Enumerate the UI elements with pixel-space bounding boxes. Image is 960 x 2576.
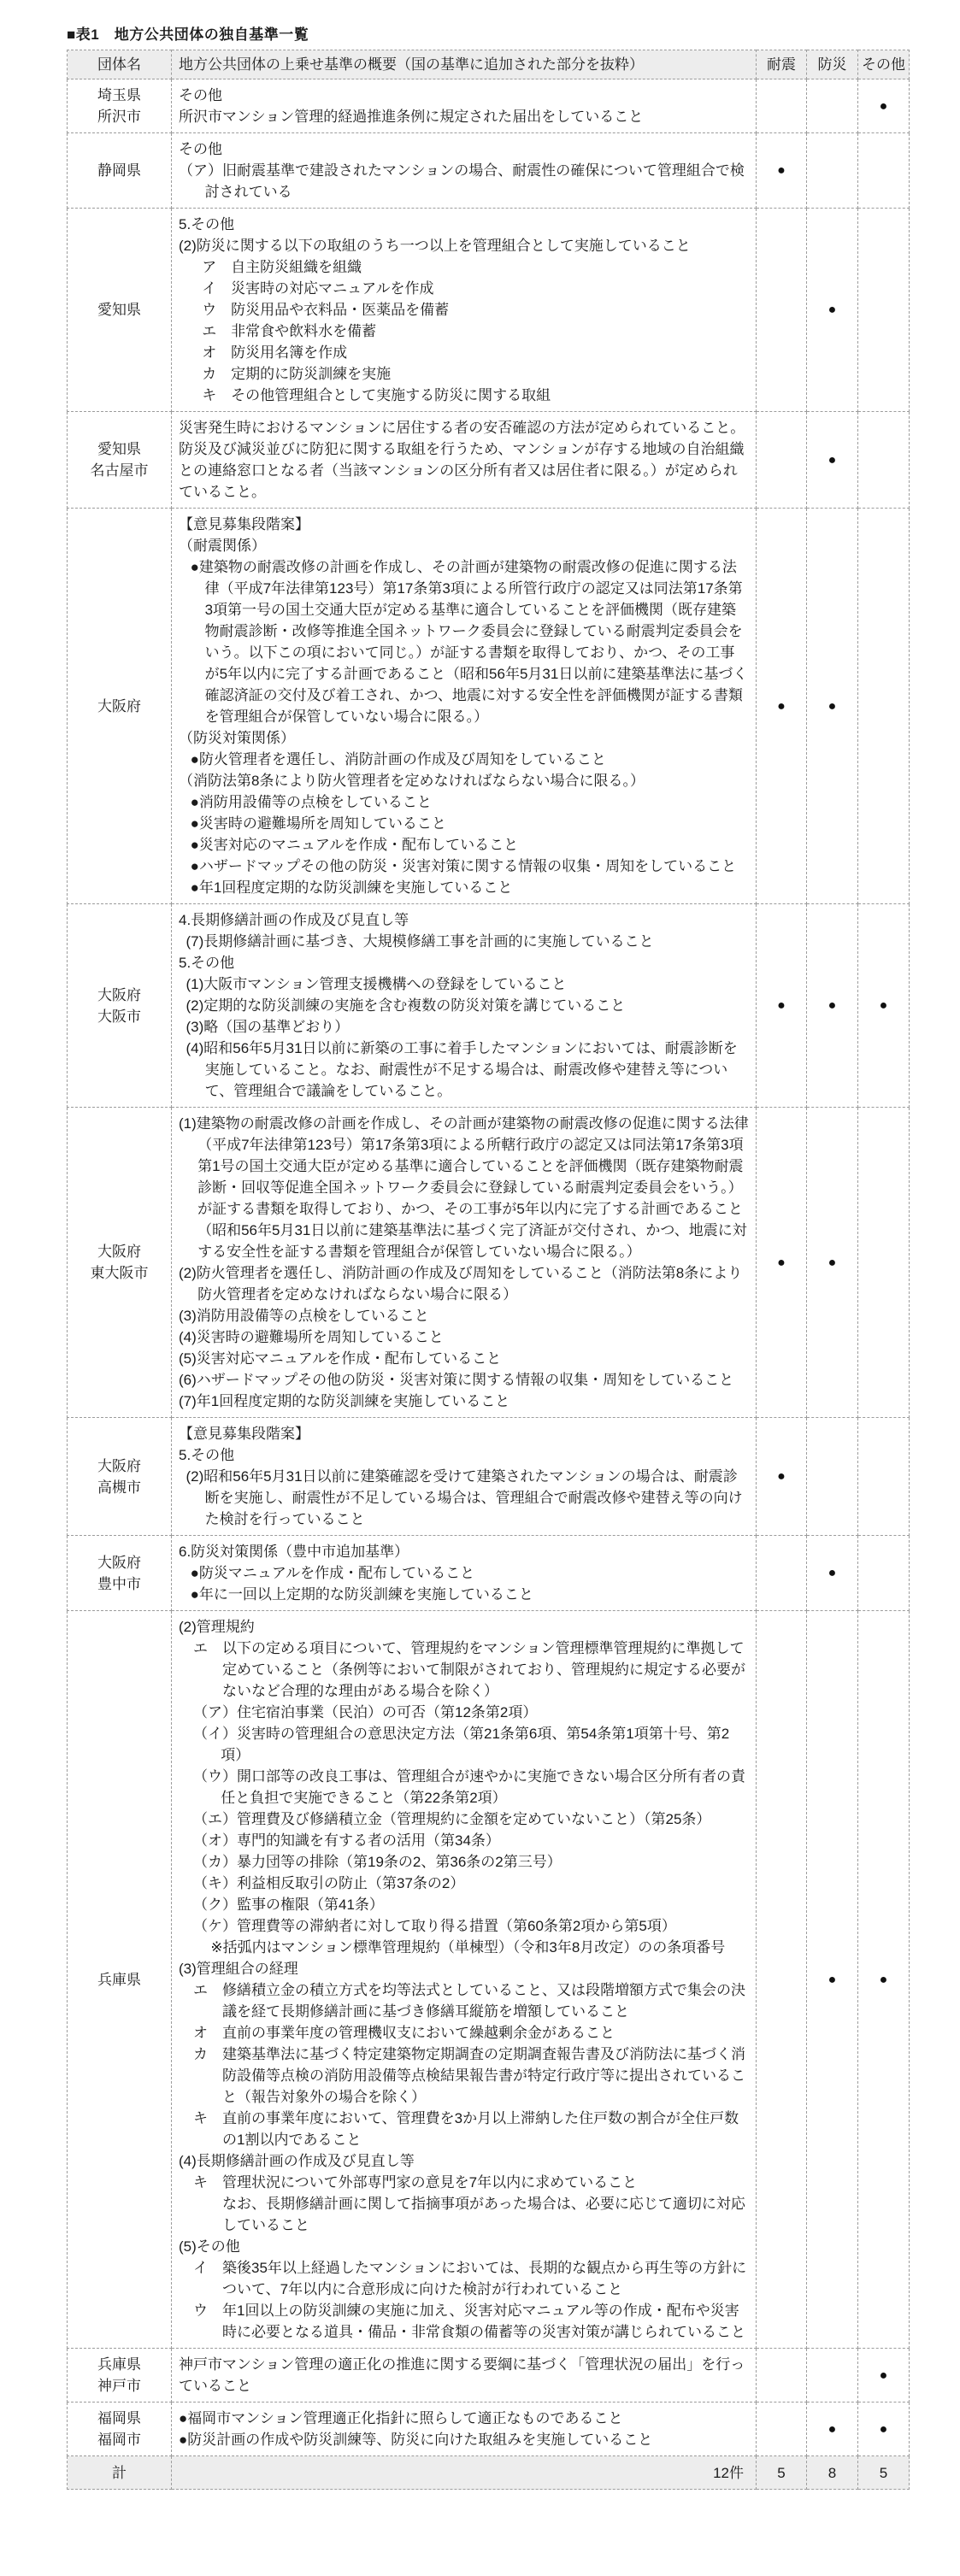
- taishin-mark-cell: [757, 2349, 807, 2403]
- org-name-cell: 兵庫県神戸市: [68, 2349, 172, 2403]
- criteria-line: キ 管理状況について外部専門家の意見を7年以内に求めていること: [179, 2172, 749, 2193]
- criteria-cell: 5.その他(2)防災に関する以下の取組のうち一つ以上を管理組合として実施している…: [172, 209, 757, 412]
- taishin-mark-cell: ●: [757, 509, 807, 904]
- filled-circle-mark: ●: [777, 699, 786, 714]
- filled-circle-mark: ●: [880, 998, 888, 1013]
- criteria-line: ●年1回程度定期的な防災訓練を実施していること: [179, 877, 749, 898]
- table-row: 兵庫県(2)管理規約エ 以下の定める項目について、管理規約をマンション管理標準管…: [68, 1611, 910, 2349]
- org-name-line: 神戸市: [69, 2375, 169, 2397]
- criteria-cell: 【意見募集段階案】（耐震関係）●建築物の耐震改修の計画を作成し、その計画が建築物…: [172, 509, 757, 904]
- criteria-line: オ 防災用名簿を作成: [179, 342, 749, 363]
- criteria-line: (2)定期的な防災訓練の実施を含む複数の防災対策を講じていること: [179, 995, 749, 1016]
- filled-circle-mark: ●: [828, 1256, 837, 1270]
- sonota-mark-cell: ●: [858, 79, 910, 133]
- filled-circle-mark: ●: [828, 2422, 837, 2437]
- criteria-line: ●防災計画の作成や防災訓練等、防災に向けた取組みを実施していること: [179, 2429, 749, 2450]
- criteria-line: 神戸市マンション管理の適正化の推進に関する要綱に基づく「管理状況の届出」を行って…: [179, 2354, 749, 2397]
- taishin-mark-cell: ●: [757, 904, 807, 1108]
- filled-circle-mark: ●: [828, 699, 837, 714]
- criteria-line: (7)年1回程度定期的な防災訓練を実施していること: [179, 1391, 749, 1412]
- criteria-line: オ 直前の事業年度の管理機収支において繰越剰余金があること: [179, 2022, 749, 2044]
- criteria-line: （防災対策関係）: [179, 727, 749, 749]
- filled-circle-mark: ●: [880, 2422, 888, 2437]
- org-name-line: 福岡県: [69, 2408, 169, 2429]
- header-sonota: その他: [858, 50, 910, 79]
- table-row: 大阪府【意見募集段階案】（耐震関係）●建築物の耐震改修の計画を作成し、その計画が…: [68, 509, 910, 904]
- criteria-line: （エ）管理費及び修繕積立金（管理規約に金額を定めていないこと）（第25条）: [179, 1808, 749, 1830]
- table-row: 大阪府大阪市4.長期修繕計画の作成及び見直し等(7)長期修繕計画に基づき、大規模…: [68, 904, 910, 1108]
- criteria-line: 5.その他: [179, 952, 749, 973]
- criteria-line: ●災害対応のマニュアルを作成・配布していること: [179, 834, 749, 856]
- criteria-line: その他: [179, 85, 749, 106]
- org-name-cell: 大阪府豊中市: [68, 1536, 172, 1611]
- org-name-cell: 静岡県: [68, 133, 172, 209]
- criteria-line: ●災害時の避難場所を周知していること: [179, 813, 749, 834]
- criteria-line: （ア）住宅宿泊事業（民泊）の可否（第12条第2項）: [179, 1702, 749, 1723]
- taishin-mark-cell: [757, 79, 807, 133]
- org-name-line: 福岡市: [69, 2429, 169, 2450]
- org-name-cell: 大阪府高槻市: [68, 1418, 172, 1536]
- header-summary: 地方公共団体の上乗せ基準の概要（国の基準に追加された部分を抜粋）: [172, 50, 757, 79]
- org-name-line: 静岡県: [69, 160, 169, 181]
- criteria-cell: その他所沢市マンション管理的経過推進条例に規定された届出をしていること: [172, 79, 757, 133]
- criteria-line: （ウ）開口部等の改良工事は、管理組合が速やかに実施できない場合区分所有者の責任と…: [179, 1766, 749, 1808]
- criteria-line: 4.長期修繕計画の作成及び見直し等: [179, 909, 749, 931]
- document-page: ■表1 地方公共団体の独自基準一覧 団体名 地方公共団体の上乗せ基準の概要（国の…: [0, 0, 960, 2576]
- org-name-cell: 大阪府大阪市: [68, 904, 172, 1108]
- sonota-mark-cell: [858, 133, 910, 209]
- table-header: 団体名 地方公共団体の上乗せ基準の概要（国の基準に追加された部分を抜粋） 耐震 …: [68, 50, 910, 79]
- criteria-cell: 6.防災対策関係（豊中市追加基準）●防災マニュアルを作成・配布していること●年に…: [172, 1536, 757, 1611]
- criteria-cell: 神戸市マンション管理の適正化の推進に関する要綱に基づく「管理状況の届出」を行って…: [172, 2349, 757, 2403]
- criteria-line: （ク）監事の権限（第41条）: [179, 1894, 749, 1915]
- org-name-cell: 大阪府東大阪市: [68, 1108, 172, 1418]
- criteria-line: その他: [179, 138, 749, 160]
- sonota-mark-cell: ●: [858, 1611, 910, 2349]
- table-title: ■表1 地方公共団体の独自基準一覧: [67, 22, 910, 44]
- org-name-line: 兵庫県: [69, 2354, 169, 2375]
- criteria-line: 6.防災対策関係（豊中市追加基準）: [179, 1541, 749, 1562]
- table-row: 埼玉県所沢市その他所沢市マンション管理的経過推進条例に規定された届出をしているこ…: [68, 79, 910, 133]
- criteria-line: (1)建築物の耐震改修の計画を作成し、その計画が建築物の耐震改修の促進に関する法…: [179, 1113, 749, 1262]
- criteria-line: (3)略（国の基準どおり）: [179, 1016, 749, 1038]
- criteria-line: (2)防火管理者を選任し、消防計画の作成及び周知をしていること（消防法第8条によ…: [179, 1262, 749, 1305]
- criteria-line: ウ 防災用品や衣料品・医薬品を備蓄: [179, 299, 749, 321]
- bosai-mark-cell: [807, 1418, 858, 1536]
- criteria-line: キ 直前の事業年度において、管理費を3か月以上滞納した住戸数の割合が全住戸数の1…: [179, 2108, 749, 2150]
- taishin-mark-cell: [757, 2403, 807, 2456]
- org-name-line: 所沢市: [69, 106, 169, 127]
- table-row: 愛知県名古屋市災害発生時におけるマンションに居住する者の安否確認の方法が定められ…: [68, 412, 910, 509]
- criteria-line: (1)大阪市マンション管理支援機構への登録をしていること: [179, 973, 749, 995]
- sonota-mark-cell: [858, 509, 910, 904]
- filled-circle-mark: ●: [880, 2368, 888, 2383]
- table-row: 愛知県5.その他(2)防災に関する以下の取組のうち一つ以上を管理組合として実施し…: [68, 209, 910, 412]
- criteria-line: イ 築後35年以上経過したマンションにおいては、長期的な観点から再生等の方針につ…: [179, 2257, 749, 2300]
- taishin-mark-cell: ●: [757, 133, 807, 209]
- filled-circle-mark: ●: [828, 1973, 837, 1987]
- criteria-line: 5.その他: [179, 214, 749, 235]
- criteria-cell: (1)建築物の耐震改修の計画を作成し、その計画が建築物の耐震改修の促進に関する法…: [172, 1108, 757, 1418]
- org-name-cell: 大阪府: [68, 509, 172, 904]
- filled-circle-mark: ●: [880, 1973, 888, 1987]
- summary-bosai-count: 8: [807, 2456, 858, 2490]
- table-footer: 計 12件 5 8 5: [68, 2456, 910, 2490]
- taishin-mark-cell: [757, 1536, 807, 1611]
- taishin-mark-cell: [757, 209, 807, 412]
- summary-label: 計: [68, 2456, 172, 2490]
- criteria-line: (3)管理組合の経理: [179, 1958, 749, 1979]
- filled-circle-mark: ●: [828, 453, 837, 468]
- criteria-line: エ 以下の定める項目について、管理規約をマンション管理標準管理規約に準拠して定め…: [179, 1638, 749, 1702]
- taishin-mark-cell: [757, 412, 807, 509]
- summary-taishin-count: 5: [757, 2456, 807, 2490]
- sonota-mark-cell: ●: [858, 2349, 910, 2403]
- criteria-line: ア 自主防災組織を組織: [179, 256, 749, 278]
- bosai-mark-cell: ●: [807, 209, 858, 412]
- bosai-mark-cell: ●: [807, 1611, 858, 2349]
- criteria-cell: (2)管理規約エ 以下の定める項目について、管理規約をマンション管理標準管理規約…: [172, 1611, 757, 2349]
- org-name-cell: 愛知県名古屋市: [68, 412, 172, 509]
- bosai-mark-cell: ●: [807, 904, 858, 1108]
- criteria-line: 【意見募集段階案】: [179, 514, 749, 535]
- filled-circle-mark: ●: [777, 1469, 786, 1484]
- criteria-cell: その他（ア）旧耐震基準で建設されたマンションの場合、耐震性の確保について管理組合…: [172, 133, 757, 209]
- org-name-cell: 兵庫県: [68, 1611, 172, 2349]
- bosai-mark-cell: ●: [807, 509, 858, 904]
- filled-circle-mark: ●: [828, 1566, 837, 1580]
- sonota-mark-cell: [858, 209, 910, 412]
- org-name-line: 東大阪市: [69, 1262, 169, 1284]
- criteria-line: (4)災害時の避難場所を周知していること: [179, 1326, 749, 1348]
- bosai-mark-cell: ●: [807, 412, 858, 509]
- header-bosai: 防災: [807, 50, 858, 79]
- criteria-line: (4)昭和56年5月31日以前に新築の工事に着手したマンションにおいては、耐震診…: [179, 1038, 749, 1102]
- table-row: 兵庫県神戸市神戸市マンション管理の適正化の推進に関する要綱に基づく「管理状況の届…: [68, 2349, 910, 2403]
- criteria-line: （キ）利益相反取引の防止（第37条の2）: [179, 1873, 749, 1894]
- criteria-line: （イ）災害時の管理組合の意思決定方法（第21条第6項、第54条第1項第十号、第2…: [179, 1723, 749, 1766]
- table-body: 埼玉県所沢市その他所沢市マンション管理的経過推進条例に規定された届出をしているこ…: [68, 79, 910, 2456]
- table-row: 大阪府豊中市6.防災対策関係（豊中市追加基準）●防災マニュアルを作成・配布してい…: [68, 1536, 910, 1611]
- org-name-line: 大阪府: [69, 1552, 169, 1573]
- criteria-line: (6)ハザードマップその他の防災・災害対策に関する情報の収集・周知をしていること: [179, 1369, 749, 1391]
- criteria-line: ●防火管理者を選任し、消防計画の作成及び周知をしていること: [179, 749, 749, 770]
- org-name-line: 大阪府: [69, 696, 169, 717]
- criteria-line: (3)消防用設備等の点検をしていること: [179, 1305, 749, 1326]
- bosai-mark-cell: [807, 2349, 858, 2403]
- org-name-line: 愛知県: [69, 438, 169, 460]
- bosai-mark-cell: [807, 79, 858, 133]
- table-wrapper: ■表1 地方公共団体の独自基準一覧 団体名 地方公共団体の上乗せ基準の概要（国の…: [67, 22, 910, 2490]
- sonota-mark-cell: [858, 1536, 910, 1611]
- criteria-line: (5)その他: [179, 2236, 749, 2257]
- bosai-mark-cell: [807, 133, 858, 209]
- criteria-line: (5)災害対応マニュアルを作成・配布していること: [179, 1348, 749, 1369]
- criteria-line: (4)長期修繕計画の作成及び見直し等: [179, 2150, 749, 2172]
- org-name-cell: 福岡県福岡市: [68, 2403, 172, 2456]
- org-name-line: 大阪府: [69, 1456, 169, 1477]
- criteria-line: （カ）暴力団等の排除（第19条の2、第36条の2第三号）: [179, 1851, 749, 1873]
- criteria-line: ウ 年1回以上の防災訓練の実施に加え、災害対応マニュアル等の作成・配布や災害時に…: [179, 2300, 749, 2343]
- org-name-line: 豊中市: [69, 1573, 169, 1595]
- criteria-line: （ア）旧耐震基準で建設されたマンションの場合、耐震性の確保について管理組合で検討…: [179, 160, 749, 203]
- criteria-cell: 【意見募集段階案】5.その他(2)昭和56年5月31日以前に建築確認を受けて建築…: [172, 1418, 757, 1536]
- criteria-line: 【意見募集段階案】: [179, 1423, 749, 1444]
- org-name-line: 兵庫県: [69, 1969, 169, 1991]
- criteria-line: (7)長期修繕計画に基づき、大規模修繕工事を計画的に実施していること: [179, 931, 749, 952]
- criteria-line: ●年に一回以上定期的な防災訓練を実施していること: [179, 1584, 749, 1605]
- criteria-line: （耐震関係）: [179, 535, 749, 556]
- filled-circle-mark: ●: [828, 303, 837, 317]
- criteria-line: 5.その他: [179, 1444, 749, 1466]
- org-name-line: 大阪府: [69, 985, 169, 1006]
- org-name-line: 愛知県: [69, 299, 169, 321]
- criteria-cell: ●福岡市マンション管理適正化指針に照らして適正なものであること●防災計画の作成や…: [172, 2403, 757, 2456]
- summary-row: 計 12件 5 8 5: [68, 2456, 910, 2490]
- criteria-line: (2)管理規約: [179, 1616, 749, 1638]
- criteria-line: エ 非常食や飲料水を備蓄: [179, 321, 749, 342]
- criteria-line: エ 修繕積立金の積立方式を均等法式としていること、又は段階増額方式で集会の決議を…: [179, 1979, 749, 2022]
- taishin-mark-cell: ●: [757, 1418, 807, 1536]
- criteria-line: 災害発生時におけるマンションに居住する者の安否確認の方法が定められていること。防…: [179, 417, 749, 503]
- sonota-mark-cell: [858, 1418, 910, 1536]
- criteria-line: なお、長期修繕計画に関して指摘事項があった場合は、必要に応じて適切に対応している…: [179, 2193, 749, 2236]
- org-name-cell: 愛知県: [68, 209, 172, 412]
- org-name-line: 大阪府: [69, 1241, 169, 1262]
- table-row: 福岡県福岡市●福岡市マンション管理適正化指針に照らして適正なものであること●防災…: [68, 2403, 910, 2456]
- header-taishin: 耐震: [757, 50, 807, 79]
- sonota-mark-cell: [858, 1108, 910, 1418]
- criteria-line: ●建築物の耐震改修の計画を作成し、その計画が建築物の耐震改修の促進に関する法律（…: [179, 556, 749, 727]
- filled-circle-mark: ●: [777, 1256, 786, 1270]
- org-name-line: 大阪市: [69, 1006, 169, 1027]
- filled-circle-mark: ●: [828, 998, 837, 1013]
- criteria-line: ●ハザードマップその他の防災・災害対策に関する情報の収集・周知をしていること: [179, 856, 749, 877]
- criteria-line: （消防法第8条により防火管理者を定めなければならない場合に限る。）: [179, 770, 749, 791]
- org-name-line: 高槻市: [69, 1477, 169, 1498]
- header-row: 団体名 地方公共団体の上乗せ基準の概要（国の基準に追加された部分を抜粋） 耐震 …: [68, 50, 910, 79]
- table-row: 静岡県その他（ア）旧耐震基準で建設されたマンションの場合、耐震性の確保について管…: [68, 133, 910, 209]
- header-org-name: 団体名: [68, 50, 172, 79]
- criteria-line: ※括弧内はマンション標準管理規約（単棟型）（令和3年8月改定）のの条項番号: [179, 1937, 749, 1958]
- filled-circle-mark: ●: [777, 998, 786, 1013]
- criteria-line: (2)防災に関する以下の取組のうち一つ以上を管理組合として実施していること: [179, 235, 749, 256]
- bosai-mark-cell: ●: [807, 2403, 858, 2456]
- criteria-line: ●消防用設備等の点検をしていること: [179, 791, 749, 813]
- sonota-mark-cell: ●: [858, 904, 910, 1108]
- org-name-line: 埼玉県: [69, 85, 169, 106]
- criteria-line: キ その他管理組合として実施する防災に関する取組: [179, 385, 749, 406]
- criteria-line: ●福岡市マンション管理適正化指針に照らして適正なものであること: [179, 2408, 749, 2429]
- sonota-mark-cell: [858, 412, 910, 509]
- taishin-mark-cell: ●: [757, 1108, 807, 1418]
- org-name-cell: 埼玉県所沢市: [68, 79, 172, 133]
- criteria-line: カ 建築基準法に基づく特定建築物定期調査の定期調査報告書及び消防法に基づく消防設…: [179, 2044, 749, 2108]
- org-name-line: 名古屋市: [69, 460, 169, 481]
- criteria-line: カ 定期的に防災訓練を実施: [179, 363, 749, 385]
- criteria-line: ●防災マニュアルを作成・配布していること: [179, 1562, 749, 1584]
- summary-sonota-count: 5: [858, 2456, 910, 2490]
- taishin-mark-cell: [757, 1611, 807, 2349]
- standards-table: 団体名 地方公共団体の上乗せ基準の概要（国の基準に追加された部分を抜粋） 耐震 …: [67, 50, 910, 2490]
- criteria-line: イ 災害時の対応マニュアルを作成: [179, 278, 749, 299]
- filled-circle-mark: ●: [880, 99, 888, 114]
- table-row: 大阪府東大阪市(1)建築物の耐震改修の計画を作成し、その計画が建築物の耐震改修の…: [68, 1108, 910, 1418]
- sonota-mark-cell: ●: [858, 2403, 910, 2456]
- criteria-line: （オ）専門的知識を有する者の活用（第34条）: [179, 1830, 749, 1851]
- bosai-mark-cell: ●: [807, 1536, 858, 1611]
- criteria-line: (2)昭和56年5月31日以前に建築確認を受けて建築されたマンションの場合は、耐…: [179, 1466, 749, 1530]
- criteria-cell: 災害発生時におけるマンションに居住する者の安否確認の方法が定められていること。防…: [172, 412, 757, 509]
- bosai-mark-cell: ●: [807, 1108, 858, 1418]
- filled-circle-mark: ●: [777, 163, 786, 178]
- criteria-line: 所沢市マンション管理的経過推進条例に規定された届出をしていること: [179, 106, 749, 127]
- criteria-cell: 4.長期修繕計画の作成及び見直し等(7)長期修繕計画に基づき、大規模修繕工事を計…: [172, 904, 757, 1108]
- table-row: 大阪府高槻市【意見募集段階案】5.その他(2)昭和56年5月31日以前に建築確認…: [68, 1418, 910, 1536]
- summary-total-count: 12件: [172, 2456, 757, 2490]
- criteria-line: （ケ）管理費等の滞納者に対して取り得る措置（第60条第2項から第5項）: [179, 1915, 749, 1937]
